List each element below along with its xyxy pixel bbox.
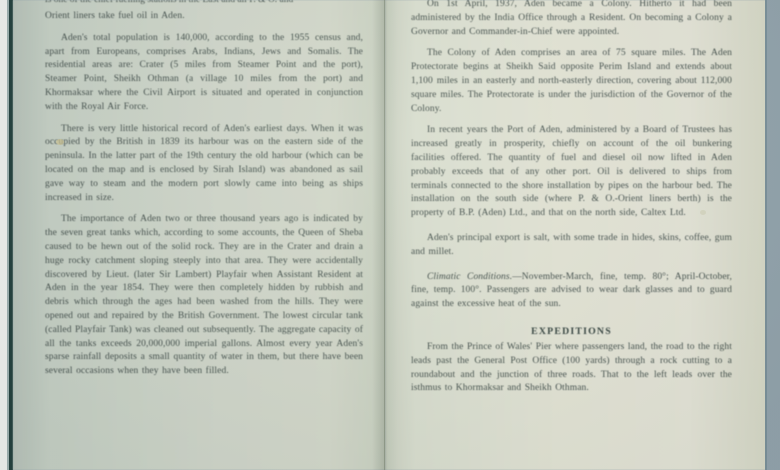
spine-crease [384,0,385,470]
body-paragraph: From the Prince of Wales' Pier where pas… [411,341,732,396]
stain-mark [700,210,706,215]
left-page: is one of the chief fuelling stations in… [13,0,385,470]
paragraph-end-line: Orient liners take fuel oil in Aden. [45,10,363,24]
body-paragraph: On 1st April, 1937, Aden became a Colony… [411,0,732,39]
body-paragraph: The Colony of Aden comprises an area of … [411,47,732,116]
climate-paragraph: Climatic Conditions.—November-March, fin… [411,271,732,312]
clipped-top-line: is one of the chief fuelling stations in… [45,0,363,9]
section-heading-expeditions: EXPEDITIONS [411,326,732,337]
body-paragraph: The importance of Aden two or three thou… [45,213,363,379]
climate-lead-label: Climatic Conditions. [427,272,512,282]
body-paragraph: There is very little historical record o… [45,123,363,206]
stain-mark [56,139,64,145]
right-page: On 1st April, 1937, Aden became a Colony… [385,0,766,470]
body-paragraph: Aden's total population is 140,000, acco… [45,32,363,115]
right-page-edge [765,0,767,470]
body-paragraph: Aden's principal export is salt, with so… [411,232,732,260]
scan-left-margin [0,0,7,470]
clipped-text: is one of the chief fuelling stations in… [45,0,363,8]
scanned-book-spread: is one of the chief fuelling stations in… [0,0,780,470]
body-paragraph: In recent years the Port of Aden, admini… [411,124,732,221]
